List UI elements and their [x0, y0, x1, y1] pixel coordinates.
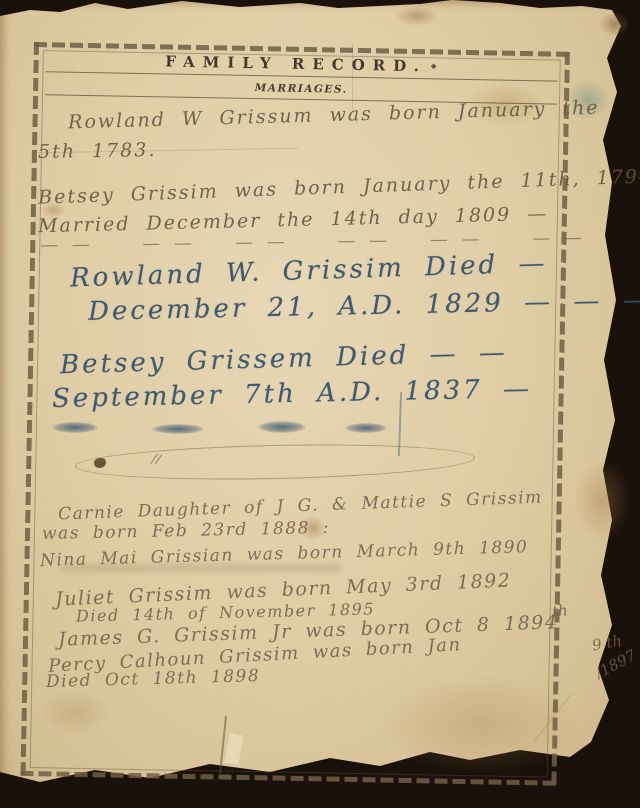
ink-smudge — [152, 424, 204, 434]
page-header: FAMILY RECORD. MARRIAGES. — [43, 49, 560, 104]
ink-smudge — [345, 423, 387, 433]
ink-smudge — [52, 422, 98, 433]
ink-smudge — [258, 421, 306, 433]
margin-note: th — [551, 601, 568, 621]
scanned-page: FAMILY RECORD. MARRIAGES. Rowland W Gris… — [0, 0, 640, 808]
record-line: 5th 1783. — [38, 139, 157, 163]
printer-ornament-icon — [431, 63, 437, 69]
section-subtitle: MARRIAGES. — [255, 82, 348, 96]
page-title: FAMILY RECORD. — [165, 52, 427, 75]
tick-marks: // — [151, 451, 162, 467]
